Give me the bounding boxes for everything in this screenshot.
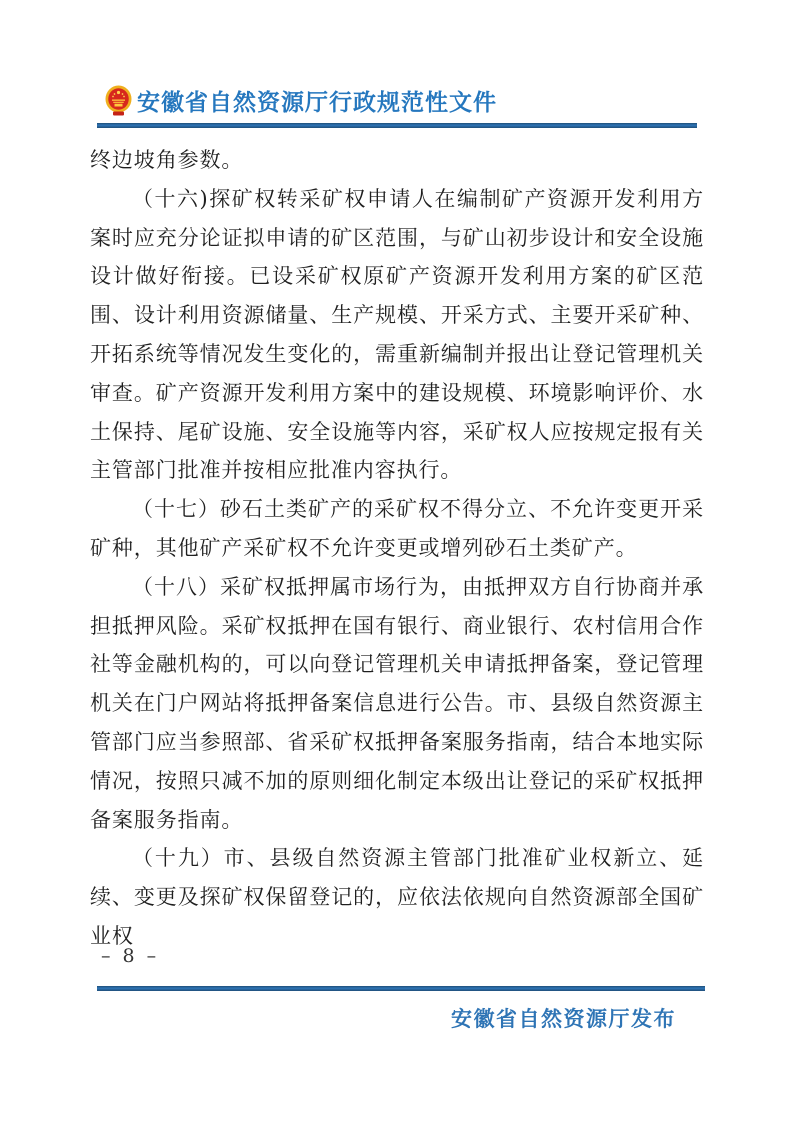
body-paragraph: 终边坡角参数。 xyxy=(90,141,704,180)
footer-rule xyxy=(97,986,705,991)
header-rule xyxy=(97,123,697,128)
body-paragraph: （十九）市、县级自然资源主管部门批准矿业权新立、延续、变更及探矿权保留登记的，应… xyxy=(90,839,704,955)
page-number: – 8 – xyxy=(101,945,159,967)
footer-publisher: 安徽省自然资源厅发布 xyxy=(451,1003,676,1033)
header-title: 安徽省自然资源厅行政规范性文件 xyxy=(137,84,497,117)
document-page: 安徽省自然资源厅行政规范性文件 终边坡角参数。（十六)探矿权转采矿权申请人在编制… xyxy=(0,0,794,1122)
national-emblem-icon xyxy=(105,85,132,116)
body-paragraph: （十八）采矿权抵押属市场行为，由抵押双方自行协商并承担抵押风险。采矿权抵押在国有… xyxy=(90,568,704,840)
document-body: 终边坡角参数。（十六)探矿权转采矿权申请人在编制矿产资源开发利用方案时应充分论证… xyxy=(90,141,704,956)
body-paragraph: （十七）砂石土类矿产的采矿权不得分立、不允许变更开采矿种，其他矿产采矿权不允许变… xyxy=(90,490,704,568)
document-header: 安徽省自然资源厅行政规范性文件 xyxy=(105,84,497,117)
body-paragraph: （十六)探矿权转采矿权申请人在编制矿产资源开发利用方案时应充分论证拟申请的矿区范… xyxy=(90,180,704,490)
